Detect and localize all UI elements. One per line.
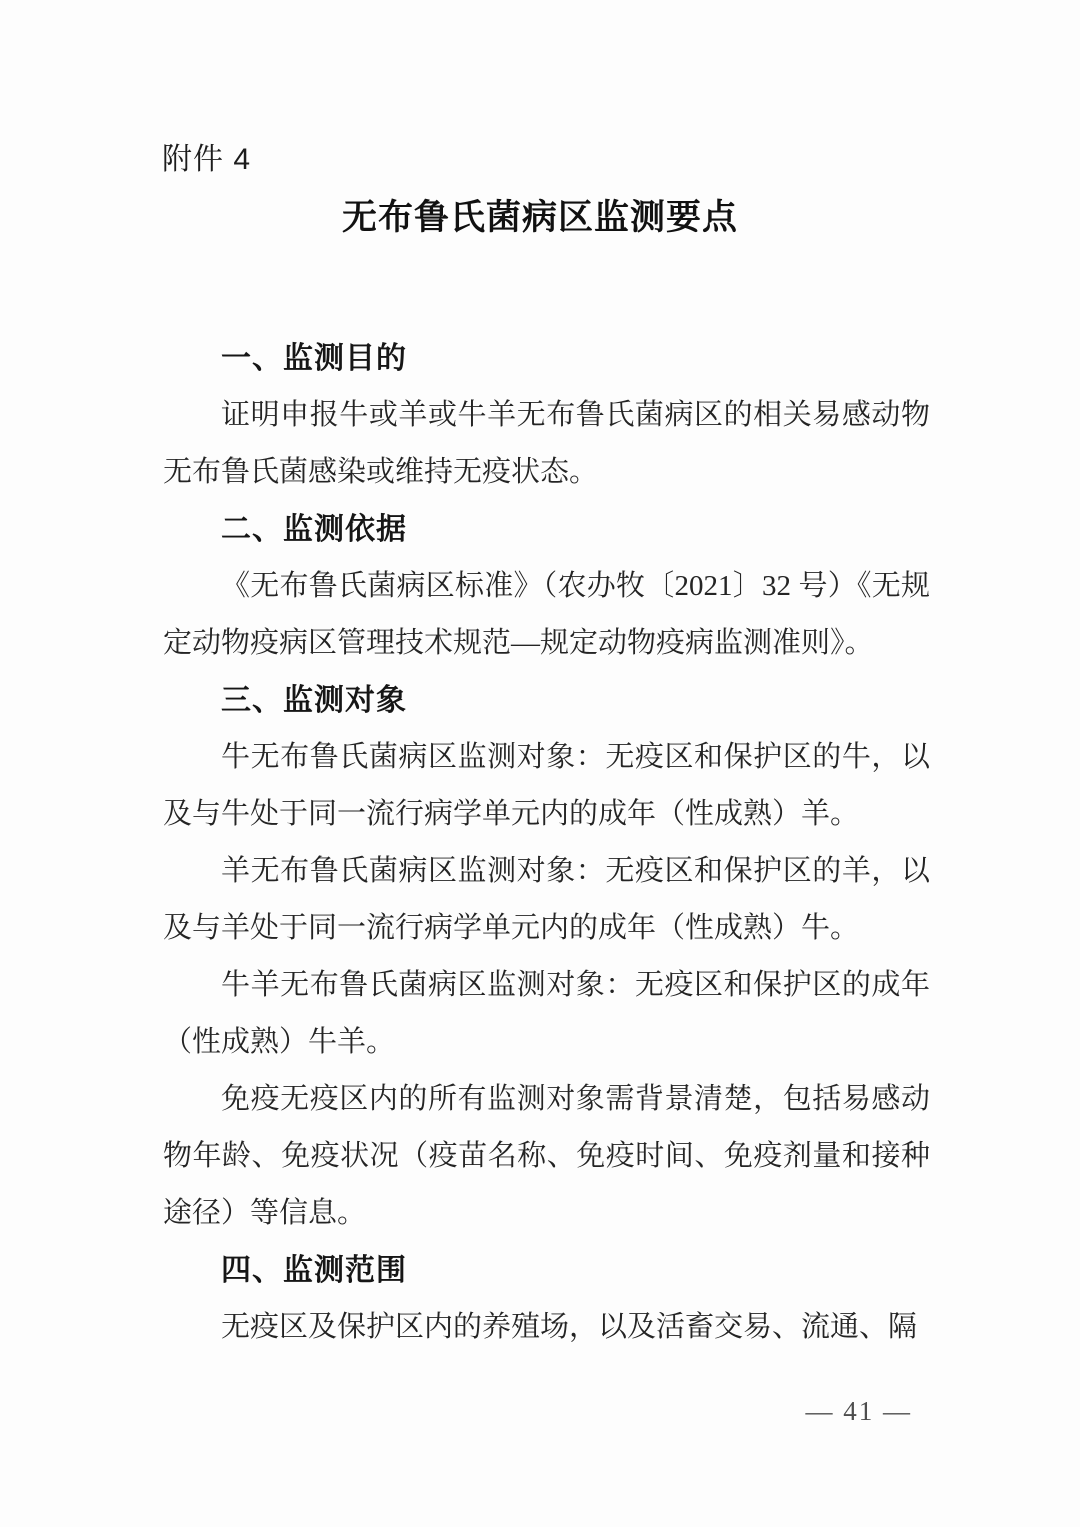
document-body: 一、监测目的 证明申报牛或羊或牛羊无布鲁氏菌病区的相关易感动物无布鲁氏菌感染或维… xyxy=(163,330,930,1356)
paragraph: 牛无布鲁氏菌病区监测对象：无疫区和保护区的牛，以及与牛处于同一流行病学单元内的成… xyxy=(163,729,930,843)
paragraph: 牛羊无布鲁氏菌病区监测对象：无疫区和保护区的成年（性成熟）牛羊。 xyxy=(163,957,930,1071)
section-heading-scope: 四、监测范围 xyxy=(163,1242,930,1299)
attachment-label: 附件 4 xyxy=(162,134,251,178)
document-page: 附件 4 无布鲁氏菌病区监测要点 一、监测目的 证明申报牛或羊或牛羊无布鲁氏菌病… xyxy=(0,0,1080,1527)
paragraph: 无疫区及保护区内的养殖场，以及活畜交易、流通、隔 xyxy=(163,1299,930,1356)
page-number: — 41 — xyxy=(806,1396,913,1427)
section-heading-basis: 二、监测依据 xyxy=(163,501,930,558)
section-heading-purpose: 一、监测目的 xyxy=(163,330,930,387)
page-title: 无布鲁氏菌病区监测要点 xyxy=(0,190,1080,240)
paragraph: 《无布鲁氏菌病区标准》（农办牧〔2021〕32 号）《无规定动物疫病区管理技术规… xyxy=(163,558,930,672)
section-heading-targets: 三、监测对象 xyxy=(163,672,930,729)
paragraph: 证明申报牛或羊或牛羊无布鲁氏菌病区的相关易感动物无布鲁氏菌感染或维持无疫状态。 xyxy=(163,387,930,501)
paragraph: 羊无布鲁氏菌病区监测对象：无疫区和保护区的羊，以及与羊处于同一流行病学单元内的成… xyxy=(163,843,930,957)
paragraph: 免疫无疫区内的所有监测对象需背景清楚，包括易感动物年龄、免疫状况（疫苗名称、免疫… xyxy=(163,1071,930,1242)
